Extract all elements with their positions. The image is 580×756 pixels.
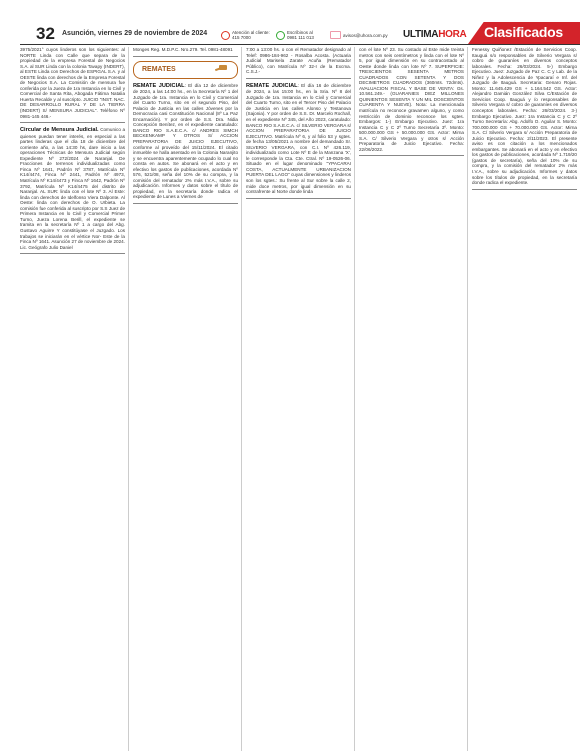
- column-3: 7:00 a 13:00 hs. o con el Rematador desi…: [246, 47, 355, 751]
- contact-phone: Atención al cliente:415 7000: [221, 27, 270, 43]
- notice: con el lote Nº 23. Su costado al Este mi…: [359, 47, 464, 156]
- remates-label: REMATES: [142, 67, 176, 73]
- column-2: Monges Reg. M.D.P.C. Nro.279. Tel. 0981-…: [133, 47, 242, 751]
- classifieds-columns: 3975/2021° cuyos linderos son los siguie…: [20, 47, 580, 751]
- contact-whatsapp: Escríbinos al0981 111 013: [276, 27, 314, 43]
- column-1: 3975/2021° cuyos linderos son los siguie…: [20, 47, 129, 751]
- whatsapp-icon: [276, 31, 285, 40]
- brand-logo: ULTIMAHORA: [403, 29, 466, 40]
- notice: Monges Reg. M.D.P.C. Nro.279. Tel. 0981-…: [133, 47, 238, 57]
- notice: 7:00 a 13:00 hs. o con el Rematador desi…: [246, 47, 351, 79]
- section-title: Clasificados: [484, 24, 563, 40]
- column-4: con el lote Nº 23. Su costado al Este mi…: [359, 47, 468, 751]
- mail-icon: [330, 31, 341, 39]
- contact-email: avisos@uhora.com.py: [330, 27, 388, 43]
- gavel-icon: [213, 65, 229, 75]
- notice: Circular de Mensura Judicial. Comunico a…: [20, 127, 125, 254]
- header-divider: [20, 44, 580, 45]
- notice: REMATE JUDICIAL: El día 16 de diciembre …: [246, 83, 351, 199]
- page-date: Asunción, viernes 29 de noviembre de 202…: [62, 30, 207, 37]
- notice: REMATE JUDICIAL: El día 12 de diciembre …: [133, 83, 238, 204]
- phone-icon: [221, 31, 230, 40]
- notice: Fenessy Quiñonez /Estación de Servicios …: [472, 47, 577, 190]
- notice: 3975/2021° cuyos linderos son los siguie…: [20, 47, 125, 123]
- column-5: Fenessy Quiñonez /Estación de Servicios …: [472, 47, 580, 751]
- page-header: 32 Asunción, viernes 29 de noviembre de …: [0, 0, 580, 46]
- remates-banner: REMATES: [133, 61, 238, 79]
- page-number: 32: [36, 24, 55, 44]
